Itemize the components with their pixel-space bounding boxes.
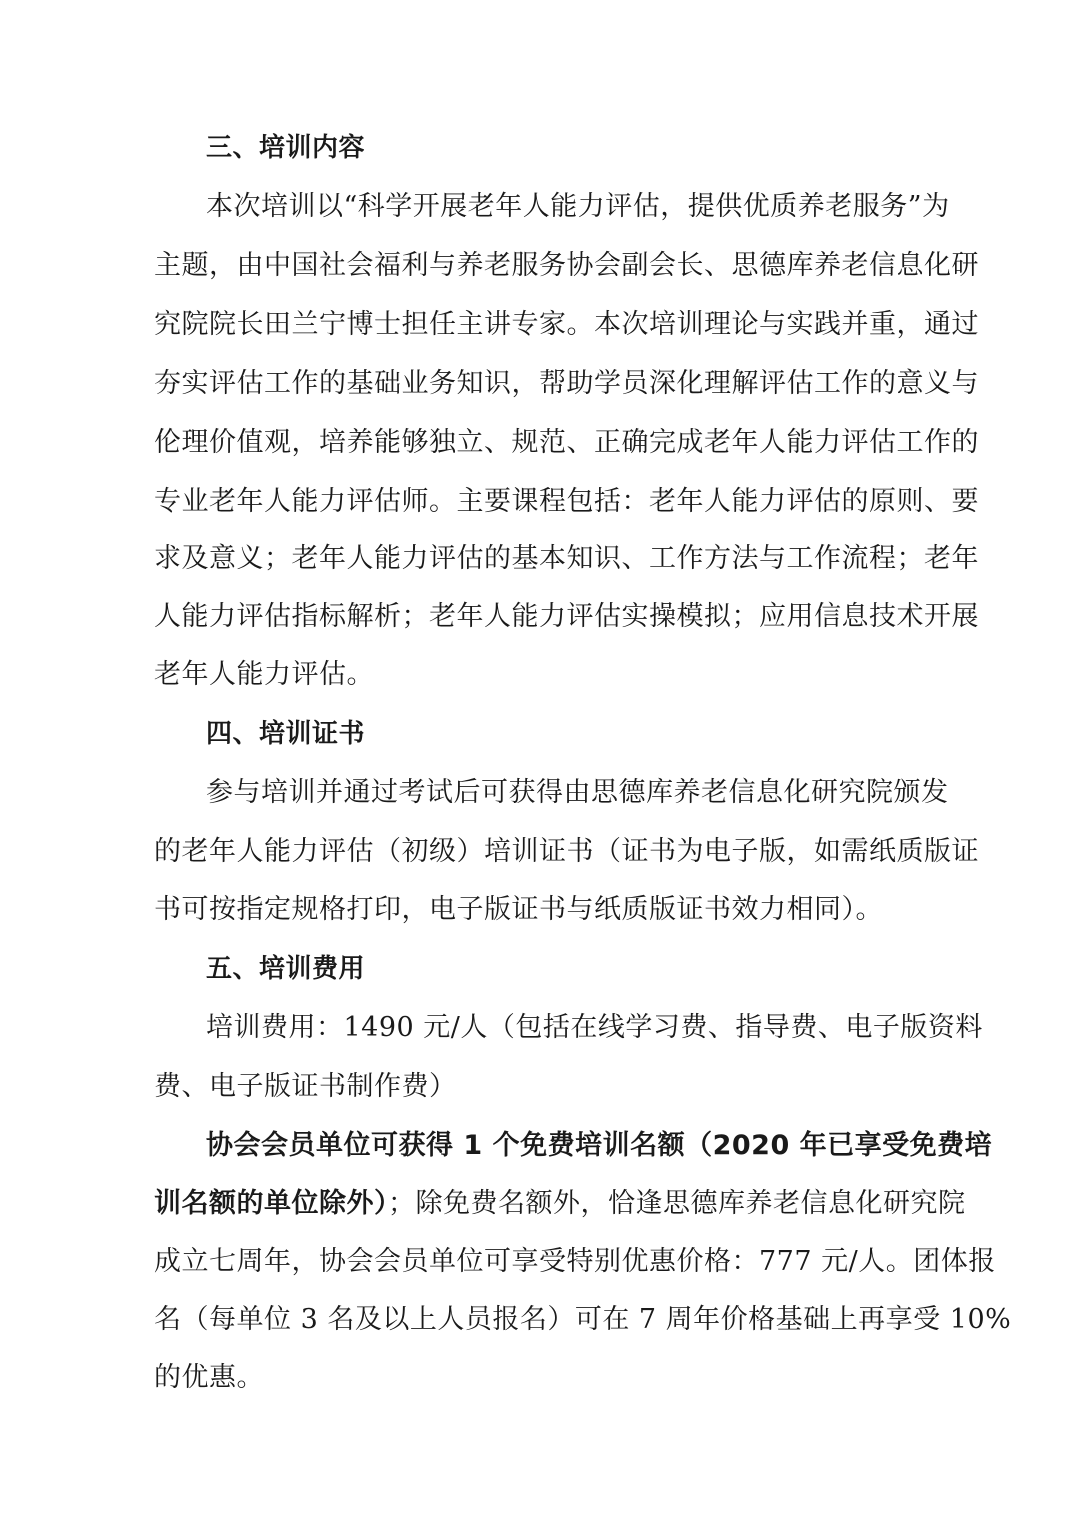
paragraph-line: 人能力评估指标解析；老年人能力评估实操模拟；应用信息技术开展 (154, 600, 934, 634)
paragraph-line: 求及意义；老年人能力评估的基本知识、工作方法与工作流程；老年 (154, 542, 934, 576)
member-offer-bold-line: 协会会员单位可获得 1 个免费培训名额（2020 年已享受免费培 (206, 1129, 934, 1163)
paragraph-line: 伦理价值观，培养能够独立、规范、正确完成老年人能力评估工作的 (154, 426, 934, 460)
paragraph-line: 究院院长田兰宁博士担任主讲专家。本次培训理论与实践并重，通过 (154, 308, 934, 342)
document-page: 三、培训内容 本次培训以“科学开展老年人能力评估，提供优质养老服务”为 主题，由… (0, 0, 1080, 1527)
paragraph-line: 老年人能力评估。 (154, 658, 934, 692)
member-offer-bold-text: 训名额的单位除外） (154, 1188, 388, 1219)
section-heading-fees: 五、培训费用 (206, 952, 986, 986)
paragraph-line: 参与培训并通过考试后可获得由思德库养老信息化研究院颁发 (206, 776, 934, 810)
fee-line: 费、电子版证书制作费） (154, 1070, 934, 1104)
section-heading-certificate: 四、培训证书 (206, 717, 986, 751)
paragraph-line: 本次培训以“科学开展老年人能力评估，提供优质养老服务”为 (206, 190, 934, 224)
member-offer-line: 成立七周年，协会会员单位可享受特别优惠价格：777 元/人。团体报 (154, 1245, 934, 1279)
paragraph-line: 夯实评估工作的基础业务知识，帮助学员深化理解评估工作的意义与 (154, 367, 934, 401)
paragraph-line: 主题，由中国社会福利与养老服务协会副会长、思德库养老信息化研 (154, 249, 934, 283)
member-offer-line: 的优惠。 (154, 1361, 934, 1395)
paragraph-line: 专业老年人能力评估师。主要课程包括：老年人能力评估的原则、要 (154, 485, 934, 519)
member-offer-line: 训名额的单位除外）；除免费名额外，恰逢思德库养老信息化研究院 (154, 1187, 934, 1221)
member-offer-line: 名（每单位 3 名及以上人员报名）可在 7 周年价格基础上再享受 10% (154, 1303, 934, 1337)
member-offer-text: ；除免费名额外，恰逢思德库养老信息化研究院 (388, 1188, 966, 1219)
section-heading-training-content: 三、培训内容 (206, 131, 986, 165)
paragraph-line: 的老年人能力评估（初级）培训证书（证书为电子版，如需纸质版证 (154, 835, 934, 869)
fee-line: 培训费用：1490 元/人（包括在线学习费、指导费、电子版资料 (206, 1011, 934, 1045)
paragraph-line: 书可按指定规格打印，电子版证书与纸质版证书效力相同）。 (154, 893, 934, 927)
